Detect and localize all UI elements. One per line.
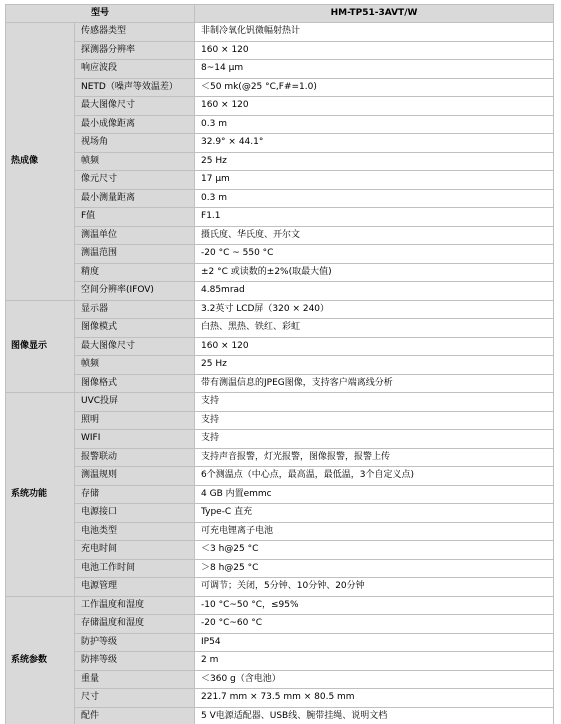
table-row: 测温单位摄氏度、华氏度、开尔文	[6, 226, 554, 245]
spec-name: 最大图像尺寸	[75, 337, 195, 356]
spec-value: 32.9° × 44.1°	[195, 134, 554, 153]
spec-name: 传感器类型	[75, 23, 195, 42]
spec-name: 最大图像尺寸	[75, 97, 195, 116]
spec-value: 17 μm	[195, 171, 554, 190]
spec-name: 精度	[75, 263, 195, 282]
spec-value: ＜360 g（含电池）	[195, 670, 554, 689]
spec-value: 可调节；关闭，5分钟、10分钟、20分钟	[195, 578, 554, 597]
spec-name: 测温范围	[75, 245, 195, 264]
spec-name: 尺寸	[75, 689, 195, 708]
table-row: 最大图像尺寸160 × 120	[6, 337, 554, 356]
spec-name: 帧频	[75, 356, 195, 375]
spec-value: IP54	[195, 633, 554, 652]
spec-name: 像元尺寸	[75, 171, 195, 190]
table-row: 电源接口Type-C 直充	[6, 504, 554, 523]
spec-value: 可充电锂离子电池	[195, 522, 554, 541]
table-row: 帧频25 Hz	[6, 356, 554, 375]
table-row: 精度±2 °C 或读数的±2%(取最大值)	[6, 263, 554, 282]
spec-value: Type-C 直充	[195, 504, 554, 523]
table-row: 尺寸221.7 mm × 73.5 mm × 80.5 mm	[6, 689, 554, 708]
spec-name: 探测器分辨率	[75, 41, 195, 60]
table-row: 配件5 V电源适配器、USB线、腕带挂绳、说明文档	[6, 707, 554, 724]
table-row: 探测器分辨率160 × 120	[6, 41, 554, 60]
spec-name: 空间分辨率(IFOV)	[75, 282, 195, 301]
spec-value: 160 × 120	[195, 97, 554, 116]
header-model: HM-TP51-3AVT/W	[195, 5, 554, 23]
table-row: 存储温度和湿度-20 °C~60 °C	[6, 615, 554, 634]
table-row: 防摔等级2 m	[6, 652, 554, 671]
spec-name: 照明	[75, 411, 195, 430]
spec-value: 6个测温点（中心点，最高温，最低温，3个自定义点)	[195, 467, 554, 486]
spec-name: 重量	[75, 670, 195, 689]
spec-value: 非制冷氧化钒微幅射热计	[195, 23, 554, 42]
table-row: 电池工作时间＞8 h@25 °C	[6, 559, 554, 578]
table-row: 电源管理可调节；关闭，5分钟、10分钟、20分钟	[6, 578, 554, 597]
spec-value: -10 °C~50 °C，≤95%	[195, 596, 554, 615]
table-row: 重量＜360 g（含电池）	[6, 670, 554, 689]
table-row: 系统参数工作温度和湿度-10 °C~50 °C，≤95%	[6, 596, 554, 615]
spec-value: 支持	[195, 411, 554, 430]
spec-value: -20 °C ~ 550 °C	[195, 245, 554, 264]
table-row: 空间分辨率(IFOV)4.85mrad	[6, 282, 554, 301]
spec-name: 防摔等级	[75, 652, 195, 671]
spec-value: F1.1	[195, 208, 554, 227]
spec-name: 帧频	[75, 152, 195, 171]
table-row: 像元尺寸17 μm	[6, 171, 554, 190]
spec-value: ＞8 h@25 °C	[195, 559, 554, 578]
table-row: 最大图像尺寸160 × 120	[6, 97, 554, 116]
category-system-functions: 系统功能	[6, 393, 75, 597]
spec-value: 4.85mrad	[195, 282, 554, 301]
spec-value: 25 Hz	[195, 356, 554, 375]
spec-name: 存储	[75, 485, 195, 504]
table-row: 照明支持	[6, 411, 554, 430]
spec-value: ＜50 mk(@25 °C,F#=1.0)	[195, 78, 554, 97]
spec-name: 电源管理	[75, 578, 195, 597]
spec-name: 配件	[75, 707, 195, 724]
spec-value: 4 GB 内置emmc	[195, 485, 554, 504]
table-row: 图像模式白热、黑热、铁红、彩虹	[6, 319, 554, 338]
spec-table: 型号 HM-TP51-3AVT/W 热成像传感器类型非制冷氧化钒微幅射热计探测器…	[5, 4, 554, 724]
spec-value: 221.7 mm × 73.5 mm × 80.5 mm	[195, 689, 554, 708]
spec-name: 最小测量距离	[75, 189, 195, 208]
spec-value: 白热、黑热、铁红、彩虹	[195, 319, 554, 338]
spec-name: 图像模式	[75, 319, 195, 338]
spec-value: 支持声音报警，灯光报警，图像报警，报警上传	[195, 448, 554, 467]
spec-name: 防护等级	[75, 633, 195, 652]
category-thermal-imaging: 热成像	[6, 23, 75, 301]
spec-name: WIFI	[75, 430, 195, 449]
table-row: 热成像传感器类型非制冷氧化钒微幅射热计	[6, 23, 554, 42]
spec-name: F值	[75, 208, 195, 227]
spec-name: 响应波段	[75, 60, 195, 79]
spec-name: NETD（噪声等效温差）	[75, 78, 195, 97]
spec-name: 电源接口	[75, 504, 195, 523]
table-row: 系统功能UVC投屏支持	[6, 393, 554, 412]
spec-name: 报警联动	[75, 448, 195, 467]
spec-value: ±2 °C 或读数的±2%(取最大值)	[195, 263, 554, 282]
table-row: 图像显示显示器3.2英寸 LCD屏（320 × 240）	[6, 300, 554, 319]
spec-name: 最小成像距离	[75, 115, 195, 134]
spec-value: 支持	[195, 393, 554, 412]
category-system-parameters: 系统参数	[6, 596, 75, 724]
spec-value: 支持	[195, 430, 554, 449]
spec-value: 2 m	[195, 652, 554, 671]
table-row: 帧频25 Hz	[6, 152, 554, 171]
spec-name: 充电时间	[75, 541, 195, 560]
spec-body: 热成像传感器类型非制冷氧化钒微幅射热计探测器分辨率160 × 120响应波段8~…	[6, 23, 554, 724]
table-row: 最小测量距离0.3 m	[6, 189, 554, 208]
category-image-display: 图像显示	[6, 300, 75, 393]
spec-name: 显示器	[75, 300, 195, 319]
spec-value: 160 × 120	[195, 41, 554, 60]
header-label: 型号	[6, 5, 195, 23]
spec-value: 25 Hz	[195, 152, 554, 171]
table-row: 视场角32.9° × 44.1°	[6, 134, 554, 153]
spec-value: -20 °C~60 °C	[195, 615, 554, 634]
table-row: 充电时间＜3 h@25 °C	[6, 541, 554, 560]
spec-value: 0.3 m	[195, 189, 554, 208]
table-row: 图像格式带有测温信息的JPEG图像，支持客户端离线分析	[6, 374, 554, 393]
spec-value: 带有测温信息的JPEG图像，支持客户端离线分析	[195, 374, 554, 393]
spec-value: 摄氏度、华氏度、开尔文	[195, 226, 554, 245]
table-row: 响应波段8~14 μm	[6, 60, 554, 79]
spec-name: 测温单位	[75, 226, 195, 245]
table-row: NETD（噪声等效温差）＜50 mk(@25 °C,F#=1.0)	[6, 78, 554, 97]
spec-name: 测温规则	[75, 467, 195, 486]
table-row: 电池类型可充电锂离子电池	[6, 522, 554, 541]
spec-value: 3.2英寸 LCD屏（320 × 240）	[195, 300, 554, 319]
table-row: F值F1.1	[6, 208, 554, 227]
spec-value: 0.3 m	[195, 115, 554, 134]
table-row: WIFI支持	[6, 430, 554, 449]
table-row: 最小成像距离0.3 m	[6, 115, 554, 134]
spec-name: 视场角	[75, 134, 195, 153]
spec-name: 工作温度和湿度	[75, 596, 195, 615]
table-row: 测温范围-20 °C ~ 550 °C	[6, 245, 554, 264]
spec-value: ＜3 h@25 °C	[195, 541, 554, 560]
spec-name: 电池类型	[75, 522, 195, 541]
table-row: 存储4 GB 内置emmc	[6, 485, 554, 504]
header-row: 型号 HM-TP51-3AVT/W	[6, 5, 554, 23]
table-row: 测温规则6个测温点（中心点，最高温，最低温，3个自定义点)	[6, 467, 554, 486]
spec-value: 5 V电源适配器、USB线、腕带挂绳、说明文档	[195, 707, 554, 724]
spec-name: UVC投屏	[75, 393, 195, 412]
spec-name: 存储温度和湿度	[75, 615, 195, 634]
table-row: 报警联动支持声音报警，灯光报警，图像报警，报警上传	[6, 448, 554, 467]
spec-value: 160 × 120	[195, 337, 554, 356]
spec-name: 电池工作时间	[75, 559, 195, 578]
spec-value: 8~14 μm	[195, 60, 554, 79]
table-row: 防护等级IP54	[6, 633, 554, 652]
spec-name: 图像格式	[75, 374, 195, 393]
